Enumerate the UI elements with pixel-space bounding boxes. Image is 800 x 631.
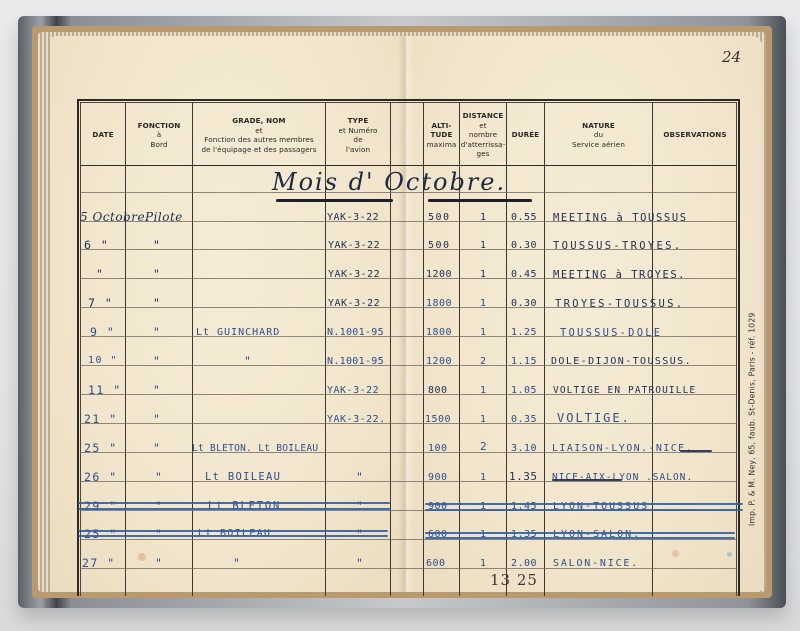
cell-fonction: " <box>153 238 161 252</box>
row-divider <box>80 423 737 424</box>
cell-duration: 3.10 <box>511 442 537 456</box>
strike-through-line <box>78 535 388 537</box>
header-duree: DURÉE <box>507 107 544 163</box>
cell-fonction: " <box>153 412 161 426</box>
cell-aircraft: YAK-3-22 <box>328 239 380 253</box>
cell-landings: 1 <box>480 297 488 311</box>
cell-altitude: 1200 <box>426 268 452 282</box>
cell-altitude: 1500 <box>425 413 451 427</box>
cell-altitude: 600 <box>428 528 448 542</box>
strike-through-line <box>425 532 735 534</box>
header-nature: NATURE du Service aérien <box>545 107 652 163</box>
cell-duration: 1.35 <box>509 470 538 484</box>
strike-through-line <box>78 502 390 504</box>
cell-date: 11 " <box>88 383 122 397</box>
cell-crew: Lt GUINCHARD <box>196 326 280 340</box>
strike-through-line <box>78 530 388 532</box>
cell-landings: 1 <box>480 528 488 542</box>
cell-duration: 1.25 <box>511 326 537 340</box>
column-divider <box>192 103 193 596</box>
header-fonction: FONCTION à Bord <box>126 107 192 163</box>
total-duration: 13 25 <box>490 571 538 589</box>
printer-imprint: Imp. P. & M. Ney, 65, faub. St-Denis, Pa… <box>746 304 758 534</box>
cell-fonction: " <box>153 296 161 310</box>
header-type-avion: TYPE et Numéro de l'avion <box>326 107 390 163</box>
cell-altitude: 1200 <box>426 355 452 369</box>
cell-landings: 1 <box>480 557 488 571</box>
cell-aircraft: " <box>356 556 364 570</box>
cell-fonction: " <box>153 441 161 455</box>
cell-fonction: " <box>153 267 161 281</box>
cell-date: 6 " <box>84 238 109 252</box>
cell-landings: 1 <box>480 384 488 398</box>
page-number: 24 <box>722 48 741 66</box>
strike-through-line <box>425 537 735 539</box>
cell-landings: 1 <box>480 268 488 282</box>
cell-date: 5 Octobre <box>80 210 145 224</box>
cell-nature: TROYES-TOUSSUS. <box>555 297 684 311</box>
cell-aircraft: " <box>356 470 364 484</box>
cell-nature: DOLE-DIJON-TOUSSUS. <box>551 355 692 369</box>
cell-altitude: 1800 <box>426 326 452 340</box>
cell-fonction: " <box>153 383 161 397</box>
cell-date: 10 " <box>88 354 118 368</box>
cell-crew: Lt BOILEAU <box>205 470 281 484</box>
cell-altitude: 500 <box>428 211 451 225</box>
cell-landings: 1 <box>480 326 488 340</box>
cell-nature: VOLTIGE EN PATROUILLE <box>553 384 696 398</box>
column-divider <box>544 103 545 596</box>
cell-aircraft: YAK-3-22 <box>327 211 379 225</box>
cell-duration: 1.15 <box>511 355 537 369</box>
cell-altitude: 600 <box>426 557 446 571</box>
column-divider <box>506 103 507 596</box>
cell-landings: 1 <box>480 239 488 253</box>
section-title-underline <box>276 199 393 202</box>
cell-aircraft: YAK-3-22. <box>327 413 386 427</box>
cell-altitude: 100 <box>428 442 448 456</box>
cell-nature: MEETING à TROYES. <box>553 268 686 282</box>
strike-through <box>680 450 712 452</box>
cell-altitude: 500 <box>428 239 451 253</box>
cell-date: 25 " <box>84 441 118 455</box>
cell-duration: 0.35 <box>511 413 537 427</box>
cell-altitude: 1800 <box>426 297 452 311</box>
header-distance: DISTANCE et nombre d'atterrissa- ges <box>460 107 506 163</box>
cell-nature: TOUSSUS-DOLE <box>560 326 662 340</box>
cell-nature: MEETING à TOUSSUS <box>553 211 688 225</box>
strike-through-line <box>78 508 390 510</box>
column-divider <box>125 103 126 596</box>
cell-duration: 0.30 <box>511 297 537 311</box>
cell-nature: VOLTIGE. <box>557 411 631 425</box>
cell-nature: NICE-AIX-LYON .SALON. <box>552 471 693 485</box>
header-observations: OBSERVATIONS <box>653 107 737 163</box>
section-title: Mois d' Octobre. <box>272 168 506 196</box>
cell-duration: 1.05 <box>511 384 537 398</box>
cell-date: 27 " <box>82 556 116 570</box>
cell-duration: 0.30 <box>511 239 537 253</box>
cell-fonction: " <box>155 470 163 484</box>
header-date: DATE <box>81 107 125 163</box>
cell-date: " <box>96 267 104 281</box>
cell-aircraft: YAK-3-22 <box>328 297 380 311</box>
header-divider <box>80 165 737 166</box>
cell-aircraft: N.1001-95 <box>327 355 384 369</box>
cell-crew: Lt BLETON. Lt BOILEAU <box>192 442 318 456</box>
header-grade-nom: GRADE, NOM et Fonction des autres membre… <box>193 107 325 163</box>
cell-altitude: 900 <box>428 471 448 485</box>
cell-nature: SALON-NICE. <box>553 557 639 571</box>
cell-crew: " <box>244 354 252 368</box>
cell-duration: 1.35 <box>511 528 537 542</box>
header-altitude: ALTI- TUDE maxima <box>424 107 459 163</box>
cell-date: 7 " <box>88 296 113 310</box>
cell-aircraft: YAK-3-22 <box>328 268 380 282</box>
cell-fonction: " <box>155 556 163 570</box>
cell-landings: 1 <box>480 413 488 427</box>
cell-fonction: " <box>153 325 161 339</box>
cell-crew: " <box>233 556 241 570</box>
cell-duration: 0.45 <box>511 268 537 282</box>
cell-nature: LIAISON-LYON.-NICE. <box>552 442 693 456</box>
cell-aircraft: YAK-3-22 <box>327 384 379 398</box>
cell-duration: 2.00 <box>511 557 537 571</box>
section-title-underline <box>428 199 532 202</box>
cell-landings: 1 <box>480 471 488 485</box>
cell-fonction: Pilote <box>145 210 183 224</box>
cell-nature: LYON-SALON. <box>553 528 641 542</box>
cell-fonction: " <box>153 354 161 368</box>
cell-duration: 0.55 <box>511 211 537 225</box>
cell-landings: 2 <box>480 355 488 369</box>
cell-date: 9 " <box>90 325 115 339</box>
cell-aircraft: N.1001-95 <box>327 326 384 340</box>
cell-nature: TOUSSUS-TROYES. <box>553 239 682 253</box>
strike-through-line <box>425 509 743 511</box>
strike-through-line <box>425 503 743 505</box>
cell-landings: 2 <box>480 440 488 454</box>
cell-landings: 1 <box>480 211 488 225</box>
strike-through <box>552 479 622 481</box>
cell-date: 21 " <box>84 412 118 426</box>
cell-altitude: 800 <box>428 384 448 398</box>
cell-date: 26 " <box>84 470 118 484</box>
column-divider <box>652 103 653 596</box>
